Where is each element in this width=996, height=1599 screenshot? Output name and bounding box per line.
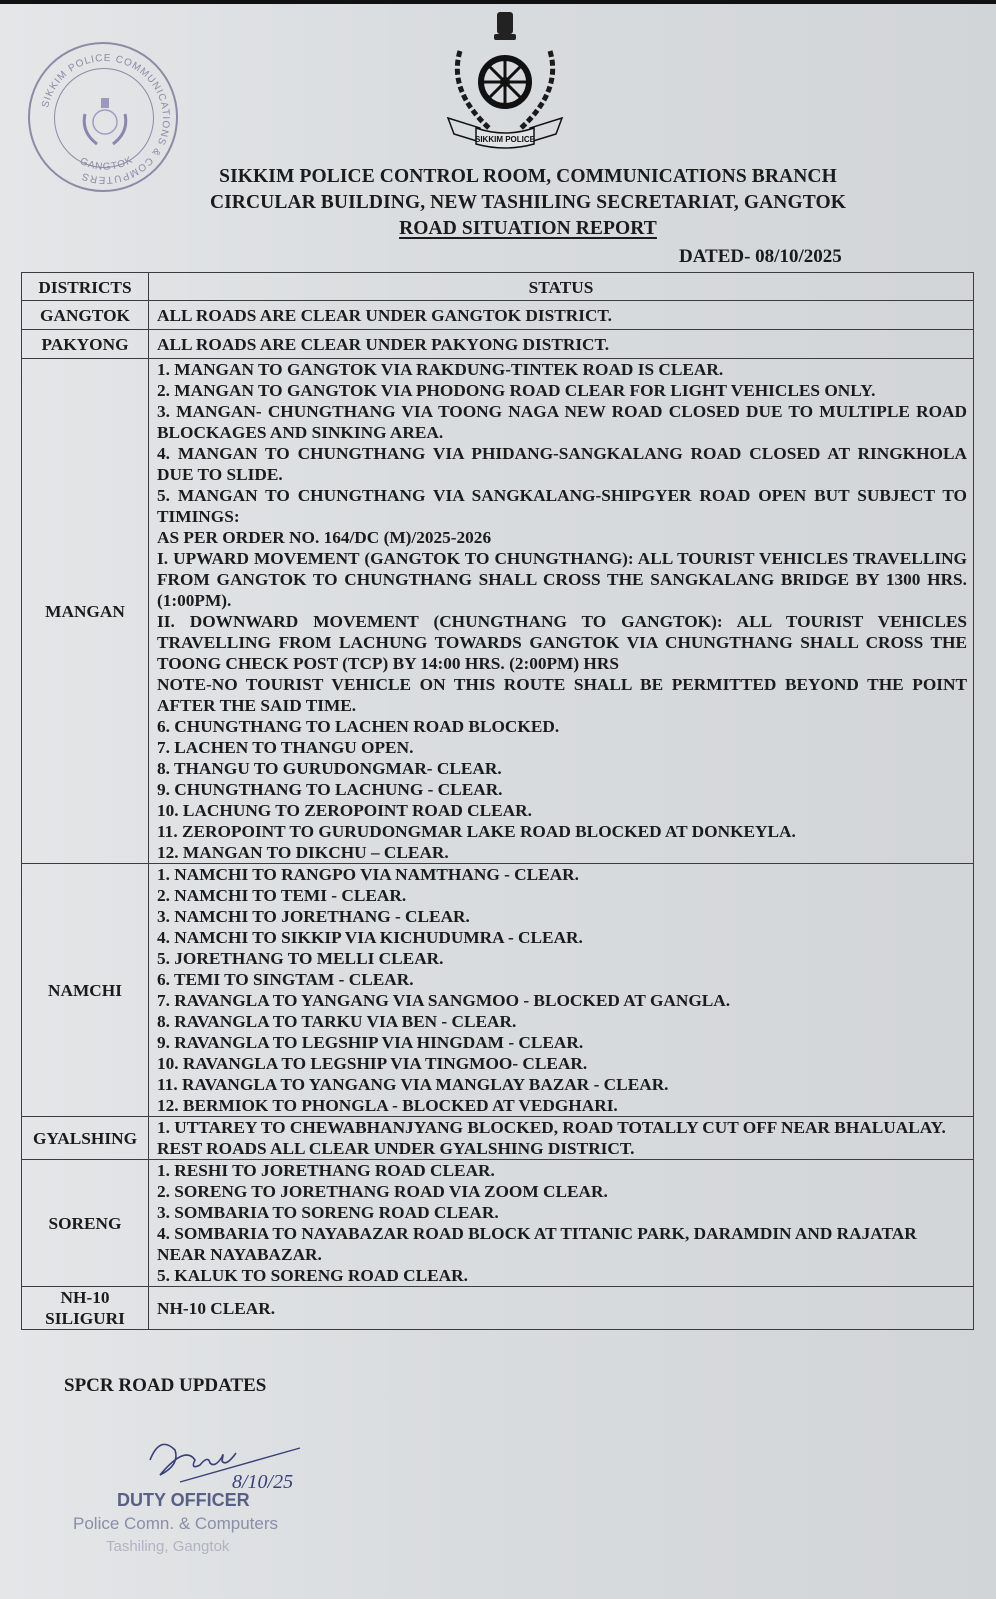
table-row: GYALSHING1. UTTAREY TO CHEWABHANJYANG BL… [22,1117,974,1160]
status-line: 10. LACHUNG TO ZEROPOINT ROAD CLEAR. [157,800,967,821]
status-line: 1. RESHI TO JORETHANG ROAD CLEAR. [157,1160,967,1181]
status-line: 5. JORETHANG TO MELLI CLEAR. [157,948,967,969]
status-cell: NH-10 CLEAR. [149,1287,974,1330]
district-cell: MANGAN [22,359,149,864]
district-cell: GANGTOK [22,301,149,330]
status-line: 9. CHUNGTHANG TO LACHUNG - CLEAR. [157,779,967,800]
status-line: 5. MANGAN TO CHUNGTHANG VIA SANGKALANG-S… [157,485,967,527]
status-line: 6. TEMI TO SINGTAM - CLEAR. [157,969,967,990]
table-row: NH-10 SILIGURINH-10 CLEAR. [22,1287,974,1330]
report-date: DATED- 08/10/2025 [679,246,842,268]
header-line-1: SIKKIM POLICE CONTROL ROOM, COMMUNICATIO… [110,166,946,188]
table-header-row: DISTRICTS STATUS [22,273,974,301]
status-line: 11. RAVANGLA TO YANGANG VIA MANGLAY BAZA… [157,1074,967,1095]
footer-label: SPCR ROAD UPDATES [64,1375,266,1397]
sikkim-police-emblem-icon: SIKKIM POLICE [440,6,570,150]
status-line: 1. NAMCHI TO RANGPO VIA NAMTHANG - CLEAR… [157,864,967,885]
column-header-districts: DISTRICTS [22,273,149,301]
status-line: ALL ROADS ARE CLEAR UNDER PAKYONG DISTRI… [157,334,967,355]
road-status-table: DISTRICTS STATUS GANGTOKALL ROADS ARE CL… [21,272,974,1330]
status-line: 3. MANGAN- CHUNGTHANG VIA TOONG NAGA NEW… [157,401,967,443]
stamp-line-2: Police Comn. & Computers [73,1514,278,1534]
district-cell: NAMCHI [22,864,149,1117]
status-cell: 1. UTTAREY TO CHEWABHANJYANG BLOCKED, RO… [149,1117,974,1160]
status-cell: ALL ROADS ARE CLEAR UNDER PAKYONG DISTRI… [149,330,974,359]
status-line: 4. NAMCHI TO SIKKIP VIA KICHUDUMRA - CLE… [157,927,967,948]
district-cell: GYALSHING [22,1117,149,1160]
signature-icon: 8/10/25 [140,1420,320,1500]
status-line: 11. ZEROPOINT TO GURUDONGMAR LAKE ROAD B… [157,821,967,842]
status-line: 10. RAVANGLA TO LEGSHIP VIA TINGMOO- CLE… [157,1053,967,1074]
status-cell: 1. MANGAN TO GANGTOK VIA RAKDUNG-TINTEK … [149,359,974,864]
status-line: AS PER ORDER NO. 164/DC (M)/2025-2026 [157,527,967,548]
status-line: 7. LACHEN TO THANGU OPEN. [157,737,967,758]
status-line: 2. MANGAN TO GANGTOK VIA PHODONG ROAD CL… [157,380,967,401]
status-cell: 1. RESHI TO JORETHANG ROAD CLEAR.2. SORE… [149,1160,974,1287]
status-line: REST ROADS ALL CLEAR UNDER GYALSHING DIS… [157,1138,967,1159]
header-line-2: CIRCULAR BUILDING, NEW TASHILING SECRETA… [110,192,946,214]
district-cell: NH-10 SILIGURI [22,1287,149,1330]
status-line: NH-10 CLEAR. [157,1298,967,1319]
status-line: 4. MANGAN TO CHUNGTHANG VIA PHIDANG-SANG… [157,443,967,485]
status-line: 8. THANGU TO GURUDONGMAR- CLEAR. [157,758,967,779]
table-row: GANGTOKALL ROADS ARE CLEAR UNDER GANGTOK… [22,301,974,330]
report-title: ROAD SITUATION REPORT [110,218,946,240]
status-line: 8. RAVANGLA TO TARKU VIA BEN - CLEAR. [157,1011,967,1032]
status-cell: ALL ROADS ARE CLEAR UNDER GANGTOK DISTRI… [149,301,974,330]
status-line: 3. SOMBARIA TO SORENG ROAD CLEAR. [157,1202,967,1223]
status-line: 1. MANGAN TO GANGTOK VIA RAKDUNG-TINTEK … [157,359,967,380]
status-cell: 1. NAMCHI TO RANGPO VIA NAMTHANG - CLEAR… [149,864,974,1117]
table-row: MANGAN1. MANGAN TO GANGTOK VIA RAKDUNG-T… [22,359,974,864]
status-line: 9. RAVANGLA TO LEGSHIP VIA HINGDAM - CLE… [157,1032,967,1053]
status-line: 1. UTTAREY TO CHEWABHANJYANG BLOCKED, RO… [157,1117,967,1138]
status-line: 4. SOMBARIA TO NAYABAZAR ROAD BLOCK AT T… [157,1223,967,1265]
column-header-status: STATUS [149,273,974,301]
table-row: PAKYONGALL ROADS ARE CLEAR UNDER PAKYONG… [22,330,974,359]
svg-text:SIKKIM POLICE: SIKKIM POLICE [475,135,536,144]
district-cell: SORENG [22,1160,149,1287]
status-line: I. UPWARD MOVEMENT (GANGTOK TO CHUNGTHAN… [157,548,967,611]
status-line: 2. NAMCHI TO TEMI - CLEAR. [157,885,967,906]
table-row: NAMCHI1. NAMCHI TO RANGPO VIA NAMTHANG -… [22,864,974,1117]
status-line: 3. NAMCHI TO JORETHANG - CLEAR. [157,906,967,927]
status-line: 7. RAVANGLA TO YANGANG VIA SANGMOO - BLO… [157,990,967,1011]
status-line: 2. SORENG TO JORETHANG ROAD VIA ZOOM CLE… [157,1181,967,1202]
table-row: SORENG1. RESHI TO JORETHANG ROAD CLEAR.2… [22,1160,974,1287]
status-line: 5. KALUK TO SORENG ROAD CLEAR. [157,1265,967,1286]
status-line: NOTE-NO TOURIST VEHICLE ON THIS ROUTE SH… [157,674,967,716]
status-line: 12. MANGAN TO DIKCHU – CLEAR. [157,842,967,863]
status-line: II. DOWNWARD MOVEMENT (CHUNGTHANG TO GAN… [157,611,967,674]
stamp-title: DUTY OFFICER [117,1490,250,1511]
district-cell: PAKYONG [22,330,149,359]
status-line: ALL ROADS ARE CLEAR UNDER GANGTOK DISTRI… [157,305,967,326]
status-line: 12. BERMIOK TO PHONGLA - BLOCKED AT VEDG… [157,1095,967,1116]
status-line: 6. CHUNGTHANG TO LACHEN ROAD BLOCKED. [157,716,967,737]
stamp-line-3: Tashiling, Gangtok [106,1538,229,1555]
